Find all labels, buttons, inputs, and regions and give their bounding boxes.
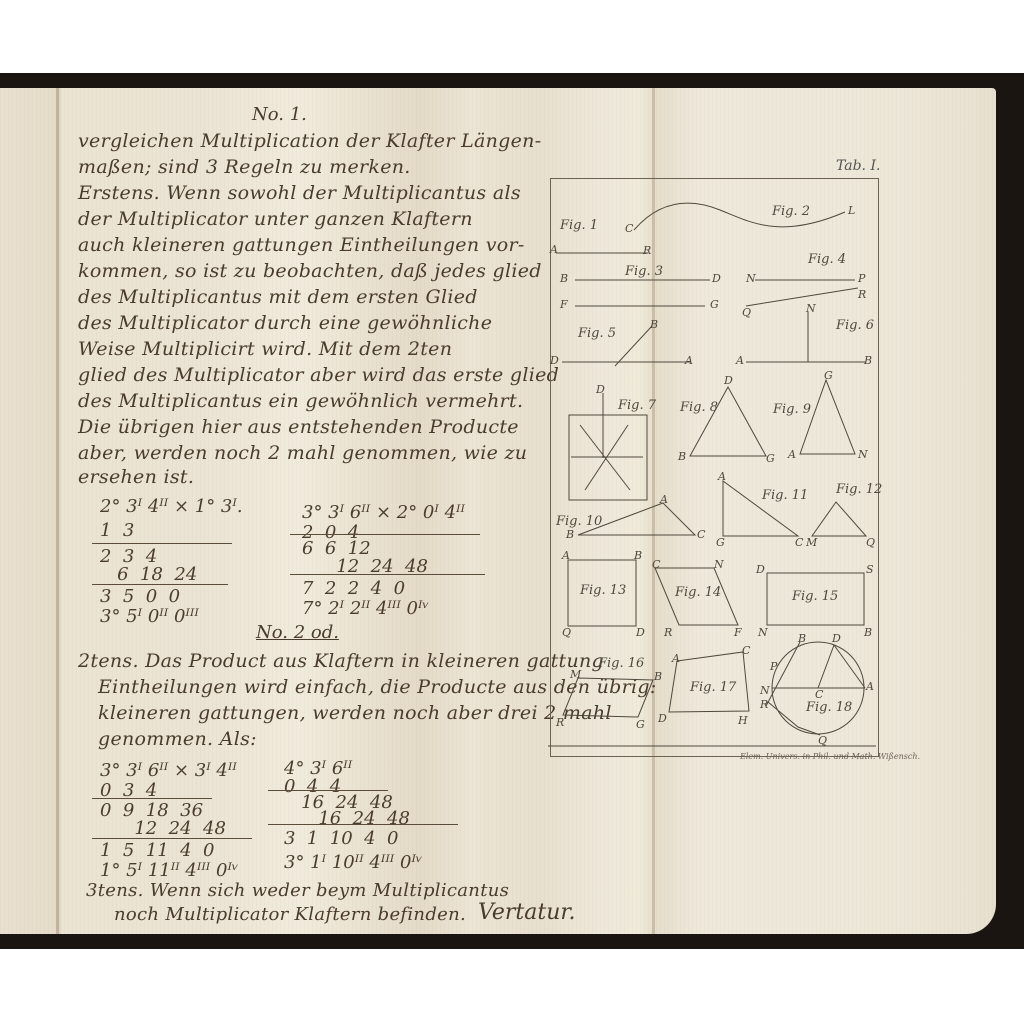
point-label: P (770, 660, 777, 673)
point-label: A (672, 652, 680, 665)
plate-credit: Elem. Univers. in Phil. und Math. Wißens… (740, 752, 920, 761)
point-label: F (560, 298, 568, 311)
point-label: B (654, 670, 662, 683)
fig-label: Fig. 4 (808, 252, 846, 267)
calc-rule (92, 838, 252, 839)
calc-row: 3 5 0 0 (100, 586, 180, 607)
point-label: M (806, 536, 817, 549)
text-line: maßen; sind 3 Regeln zu merken. (78, 156, 411, 178)
point-label: N (746, 272, 756, 285)
fig-label: Fig. 3 (625, 264, 663, 279)
point-label: A (788, 448, 796, 461)
point-label: Q (866, 536, 875, 549)
text-line: glied des Multiplicator aber wird das er… (78, 364, 559, 386)
calc-rule (290, 574, 485, 575)
calc-rule (268, 790, 388, 791)
multiplication-expression: 3° 3ᴵ 6ᴵᴵ × 2° 0ᴵ 4ᴵᴵ (302, 502, 465, 523)
point-label: N (858, 448, 868, 461)
text-line: des Multiplicantus mit dem ersten Glied (78, 286, 478, 308)
point-label: D (596, 383, 605, 396)
calc-rule (290, 534, 480, 535)
point-label: A (660, 493, 668, 506)
point-label: R (858, 288, 866, 301)
fig-label: Fig. 2 (772, 204, 810, 219)
point-label: M (570, 668, 581, 681)
point-label: S (866, 563, 874, 576)
point-label: B (678, 450, 686, 463)
calc-row: 1 5 11 4 0 (100, 840, 215, 861)
fig-label: Fig. 9 (773, 402, 811, 417)
point-label: N (714, 558, 724, 571)
fig-label: Fig. 16 (598, 656, 644, 671)
text-line: auch kleineren gattungen Eintheilungen v… (78, 234, 525, 256)
calc-result: 7° 2ᴵ 2ᴵᴵ 4ᴵᴵᴵ 0ᴵᵛ (302, 598, 429, 619)
point-label: C (795, 536, 803, 549)
calc-row: 7 2 2 4 0 (302, 578, 405, 599)
text-line: vergleichen Multiplication der Klafter L… (78, 130, 541, 152)
fig-label: Fig. 6 (836, 318, 874, 333)
point-label: P (858, 272, 865, 285)
calc-row: 12 24 48 (100, 818, 226, 839)
fig-label: Fig. 5 (578, 326, 616, 341)
fig-label: Fig. 18 (806, 700, 852, 715)
point-label: A (736, 354, 744, 367)
text-line: Erstens. Wenn sowohl der Multiplicantus … (78, 182, 521, 204)
calc-rule (268, 824, 458, 825)
text-line: 3tens. Wenn sich weder beym Multiplicant… (86, 880, 509, 901)
point-label: B (864, 354, 872, 367)
point-label: A (550, 243, 558, 256)
point-label: G (710, 298, 719, 311)
point-label: C (742, 644, 750, 657)
point-label: G (766, 452, 775, 465)
point-label: D (756, 563, 765, 576)
point-label: B (560, 272, 568, 285)
point-label: A (685, 354, 693, 367)
point-label: F (734, 626, 742, 639)
calc-row: 6 18 24 (100, 564, 197, 585)
point-label: D (636, 626, 645, 639)
text-line: kleineren gattungen, werden noch aber dr… (98, 702, 612, 724)
plate-title: Tab. I. (836, 158, 880, 174)
catchword: Vertatur. (478, 900, 575, 925)
point-label: N (758, 626, 768, 639)
calc-rule (92, 543, 232, 544)
text-line: des Multiplicantus ein gewöhnlich vermeh… (78, 390, 523, 412)
text-line: noch Multiplicator Klaftern befinden. (114, 904, 466, 925)
point-label: C (697, 528, 705, 541)
fig-label: Fig. 10 (556, 514, 602, 529)
paper-fold (56, 88, 59, 934)
fig-label: Fig. 17 (690, 680, 736, 695)
fig-label: Fig. 13 (580, 583, 626, 598)
point-label: A (866, 680, 874, 693)
text-line: aber, werden noch 2 mahl genommen, wie z… (78, 442, 527, 464)
fig-label: Fig. 12 (836, 482, 882, 497)
calc-rule (92, 584, 228, 585)
point-label: H (738, 714, 748, 727)
point-label: D (658, 712, 667, 725)
text-line: genommen. Als: (98, 728, 257, 750)
calc-rule (92, 798, 212, 799)
point-label: R (556, 716, 564, 729)
point-label: C (652, 558, 660, 571)
point-label: C (815, 688, 823, 701)
text-line: der Multiplicator unter ganzen Klaftern (78, 208, 473, 230)
calc-row: 3 1 10 4 0 (284, 828, 399, 849)
point-label: D (724, 374, 733, 387)
text-line: 2tens. Das Product aus Klaftern in klein… (78, 650, 604, 672)
multiplication-expression: 2° 3ᴵ 4ᴵᴵ × 1° 3ᴵ. (100, 496, 243, 517)
fig-label: Fig. 15 (792, 589, 838, 604)
multiplication-expression: 3° 3ᴵ 6ᴵᴵ × 3ᴵ 4ᴵᴵ (100, 760, 237, 781)
text-line: Die übrigen hier aus entstehenden Produc… (78, 416, 519, 438)
point-label: G (824, 369, 833, 382)
fig-label: Fig. 7 (618, 398, 656, 413)
fig-label: Fig. 11 (762, 488, 808, 503)
point-label: Q (562, 626, 571, 639)
point-label: R (643, 244, 651, 257)
point-label: B (566, 528, 574, 541)
calc-row: 1 3 (100, 520, 134, 541)
point-label: Q (742, 306, 751, 319)
fig-label: Fig. 1 (560, 218, 598, 233)
point-label: N (806, 302, 816, 315)
fig-label: Fig. 8 (680, 400, 718, 415)
point-label: R (664, 626, 672, 639)
point-label: N (760, 684, 770, 697)
text-line: des Multiplicator durch eine gewöhnliche (78, 312, 492, 334)
text-line: kommen, so ist zu beobachten, daß jedes … (78, 260, 542, 282)
point-label: C (625, 222, 633, 235)
calc-result: 3° 1ᴵ 10ᴵᴵ 4ᴵᴵᴵ 0ᴵᵛ (284, 852, 423, 873)
point-label: B (864, 626, 872, 639)
point-label: Q (818, 734, 827, 747)
point-label: D (550, 354, 559, 367)
calc-result: 3° 5ᴵ 0ᴵᴵ 0ᴵᴵᴵ (100, 606, 199, 627)
section-heading: No. 1. (252, 104, 307, 125)
point-label: D (832, 632, 841, 645)
point-label: A (718, 470, 726, 483)
point-label: R (760, 698, 768, 711)
point-label: D (712, 272, 721, 285)
fig-label: Fig. 14 (675, 585, 721, 600)
point-label: B (650, 318, 658, 331)
point-label: A (562, 549, 570, 562)
point-label: B (798, 632, 806, 645)
point-label: L (848, 204, 855, 217)
point-label: G (636, 718, 645, 731)
point-label: B (634, 549, 642, 562)
calc-row: 16 24 48 (284, 808, 410, 829)
point-label: G (716, 536, 725, 549)
section-subheading: No. 2 od. (256, 622, 339, 643)
calc-result: 1° 5ᴵ 11ᴵᴵ 4ᴵᴵᴵ 0ᴵᵛ (100, 860, 239, 881)
text-line: ersehen ist. (78, 466, 194, 488)
text-line: Weise Multiplicirt wird. Mit dem 2ten (78, 338, 452, 360)
